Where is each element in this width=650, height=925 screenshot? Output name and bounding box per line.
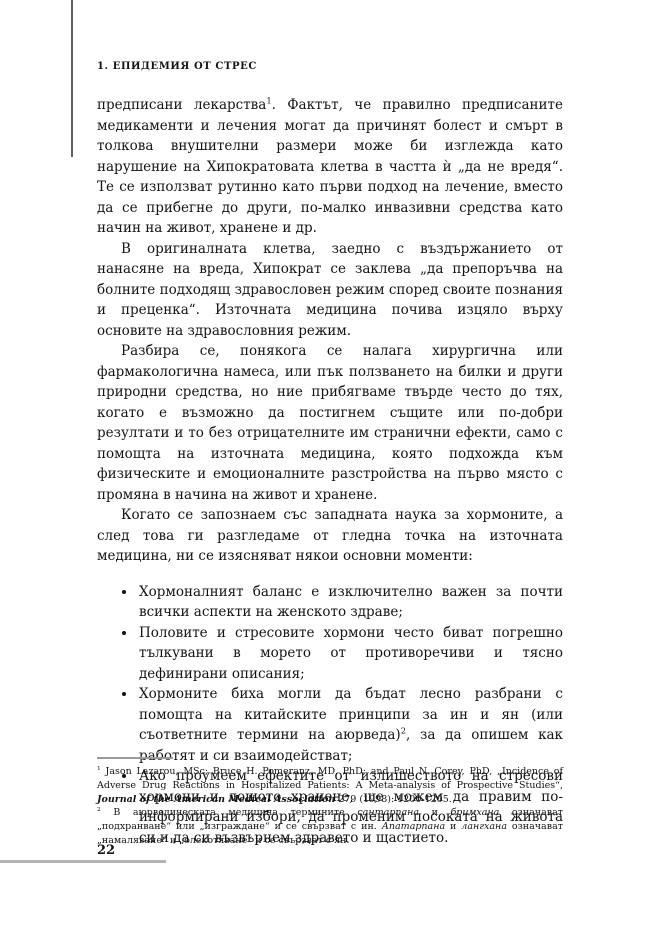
journal-title: Journal of the American Medical Associat… [97, 794, 335, 805]
book-page: 1. ЕПИДЕМИЯ ОТ СТРЕС предписани лекарств… [0, 0, 650, 925]
paragraph: предписани лекарства1. Фактът, че правил… [97, 95, 563, 239]
page-number: 22 [97, 843, 115, 858]
paragraph: В оригиналната клетва, заедно с въздържа… [97, 239, 563, 342]
list-item: Хормоните биха могли да бъдат лесно разб… [137, 684, 563, 766]
list-item: Половите и стресовите хормони често бива… [137, 623, 563, 685]
spine-line [71, 0, 73, 157]
paragraph-text: предписани лекарства [97, 97, 266, 113]
term-italic: Апатарпана [382, 821, 445, 832]
footnote-separator [97, 757, 173, 759]
footnotes-section: 1 Jason Lazarou, MSc; Bruce H. Pomeranz,… [97, 757, 563, 848]
paragraph: Когато се запознаем със западната наука … [97, 505, 563, 567]
chapter-header: 1. ЕПИДЕМИЯ ОТ СТРЕС [97, 61, 257, 72]
bottom-edge-line [0, 860, 166, 863]
body-text: предписани лекарства1. Фактът, че правил… [97, 95, 563, 848]
footnote-text: В аюрведическата медицина термините [101, 807, 358, 818]
term-italic: лангхана [461, 821, 507, 832]
term-italic: бримхана [451, 807, 500, 818]
footnote-text: и [445, 821, 461, 832]
paragraph: Разбира се, понякога се налага хирургичн… [97, 341, 563, 505]
footnote-text: 279 (1998): 1200-1205. [335, 794, 452, 805]
footnote: 1 Jason Lazarou, MSc; Bruce H. Pomeranz,… [97, 765, 563, 806]
list-item: Хормоналният баланс е изключително важен… [137, 582, 563, 623]
list-item-text: Хормоналният баланс е изключително важен… [139, 584, 563, 621]
term-italic: сантарпана [357, 807, 419, 818]
footnote-text: и [419, 807, 450, 818]
list-item-text: Половите и стресовите хормони често бива… [139, 625, 563, 682]
footnote: 2 В аюрведическата медицина термините са… [97, 806, 563, 847]
footnote-text: Jason Lazarou, MSc; Bruce H. Pomeranz, M… [97, 766, 563, 791]
paragraph-text: . Фактът, че правилно предписаните медик… [97, 97, 563, 236]
